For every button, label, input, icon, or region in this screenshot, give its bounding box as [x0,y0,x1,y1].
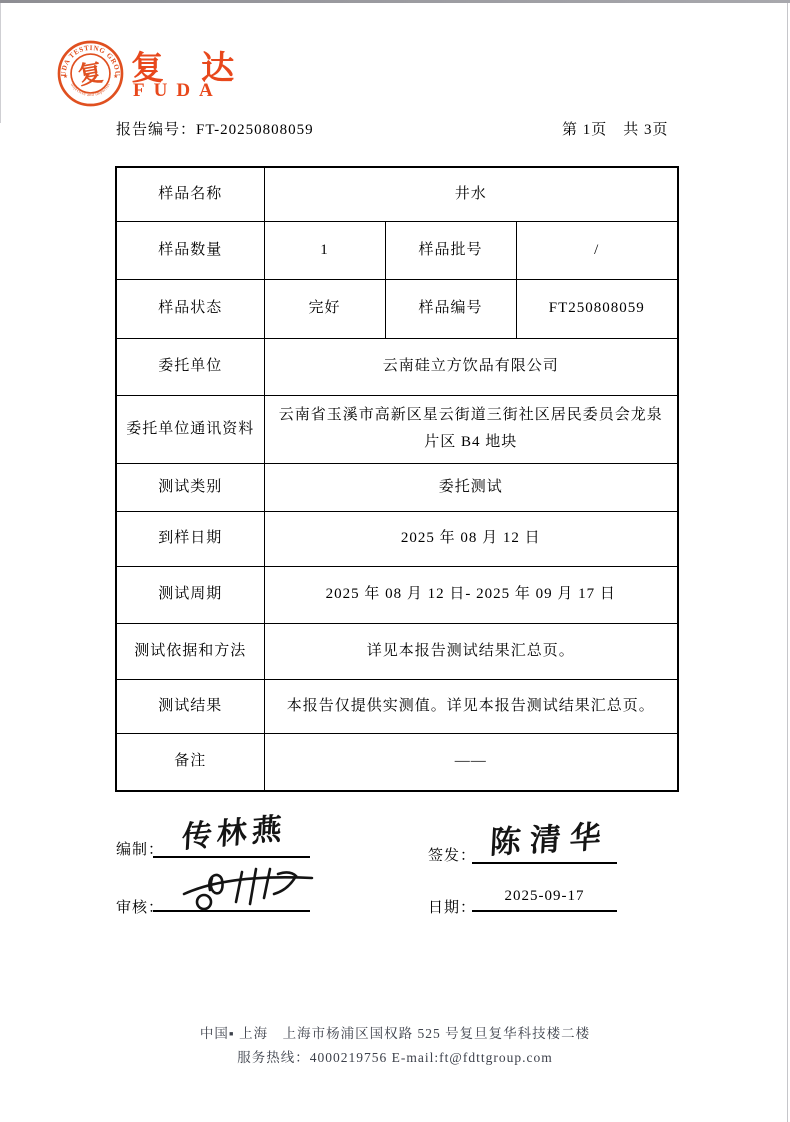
reviewed-by-signature [178,864,318,912]
row-label-cell: 测试类别 [116,463,264,511]
row-label-cell: 备注 [116,733,264,791]
prepared-by-signature: 传林燕 [181,803,288,857]
table-body: 样品名称井水样品数量1样品批号/样品状态完好样品编号FT250808059委托单… [116,167,678,791]
scan-edge-left [0,3,1,123]
row-label-cell: 委托单位通讯资料 [116,395,264,463]
footer-address: 中国▪ 上海 上海市杨浦区国权路 525 号复旦复华科技楼二楼 [0,1022,790,1046]
row-value-cell: / [516,221,678,279]
row-value-cell: 云南省玉溪市高新区星云街道三街社区居民委员会龙泉片区 B4 地块 [264,395,678,463]
table-row: 委托单位云南硅立方饮品有限公司 [116,338,678,395]
row-value-cell: 云南硅立方饮品有限公司 [264,338,678,395]
issued-by-signature: 陈清华 [489,811,611,862]
row-label-cell: 到样日期 [116,511,264,566]
report-number-value: FT-20250808059 [196,122,314,138]
date-label: 日期： [428,896,476,917]
row-value-cell: 样品批号 [385,221,516,279]
table-row: 样品数量1样品批号/ [116,221,678,279]
page-info: 第 1页 共 3页 [562,118,669,139]
table-row: 样品状态完好样品编号FT250808059 [116,279,678,338]
table-row: 测试结果本报告仅提供实测值。详见本报告测试结果汇总页。 [116,679,678,733]
date-value: 2025-09-17 [472,888,617,905]
report-number-line: 报告编号：FT-20250808059 [116,118,314,139]
row-value-cell: 2025 年 08 月 12 日 [264,511,678,566]
table-row: 委托单位通讯资料云南省玉溪市高新区星云街道三街社区居民委员会龙泉片区 B4 地块 [116,395,678,463]
info-table: 样品名称井水样品数量1样品批号/样品状态完好样品编号FT250808059委托单… [115,166,679,792]
row-label-cell: 测试结果 [116,679,264,733]
report-number-label: 报告编号： [116,122,196,138]
row-label-cell: 样品名称 [116,167,264,221]
seal-star-right-icon: ★ [113,74,118,80]
row-label-cell: 样品状态 [116,279,264,338]
scan-edge-right [787,3,788,1122]
row-label-cell: 委托单位 [116,338,264,395]
row-value-cell: 样品编号 [385,279,516,338]
row-value-cell: 井水 [264,167,678,221]
brand-name-en: FUDA [133,80,222,102]
company-seal-icon: FUDA TESTING GROUP objective and imparti… [57,40,124,107]
row-value-cell: 1 [264,221,385,279]
seal-star-left-icon: ★ [63,74,68,80]
row-value-cell: 2025 年 08 月 12 日- 2025 年 09 月 17 日 [264,566,678,623]
issued-by-label: 签发： [428,844,476,865]
table-row: 测试周期2025 年 08 月 12 日- 2025 年 09 月 17 日 [116,566,678,623]
row-value-cell: —— [264,733,678,791]
table-row: 样品名称井水 [116,167,678,221]
row-value-cell: FT250808059 [516,279,678,338]
row-value-cell: 委托测试 [264,463,678,511]
table-row: 备注—— [116,733,678,791]
row-value-cell: 详见本报告测试结果汇总页。 [264,623,678,679]
footer-contact: 服务热线：4000219756 E-mail:ft@fdttgroup.com [0,1046,790,1070]
row-value-cell: 本报告仅提供实测值。详见本报告测试结果汇总页。 [264,679,678,733]
row-label-cell: 样品数量 [116,221,264,279]
row-label-cell: 测试周期 [116,566,264,623]
row-label-cell: 测试依据和方法 [116,623,264,679]
table-row: 测试类别委托测试 [116,463,678,511]
seal-glyph: 复 [76,58,105,90]
table-row: 到样日期2025 年 08 月 12 日 [116,511,678,566]
scan-edge-top [0,0,790,3]
table-row: 测试依据和方法详见本报告测试结果汇总页。 [116,623,678,679]
row-value-cell: 完好 [264,279,385,338]
footer: 中国▪ 上海 上海市杨浦区国权路 525 号复旦复华科技楼二楼 服务热线：400… [0,1022,790,1069]
report-page: FUDA TESTING GROUP objective and imparti… [0,0,790,1122]
